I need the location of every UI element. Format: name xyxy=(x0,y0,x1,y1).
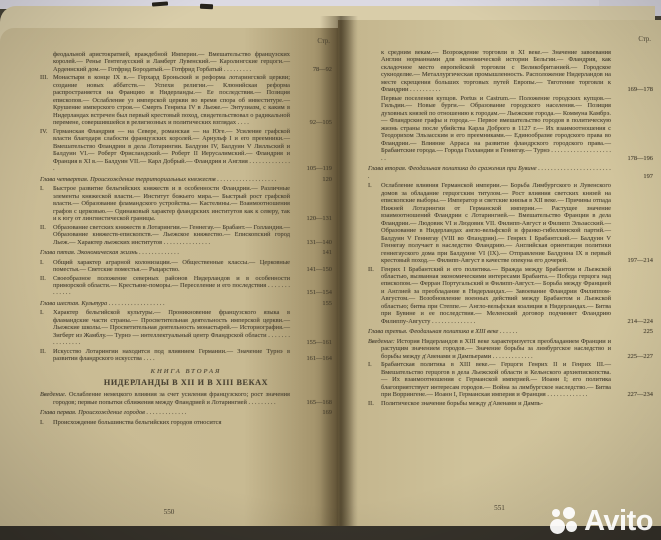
avito-watermark: Avito xyxy=(550,507,653,536)
entry-text: Общий характер аграрной колонизации.— Об… xyxy=(53,259,290,274)
entry-text: Глава вторая. Феодальная политика до сра… xyxy=(368,165,611,180)
toc-entry: Глава четвертая. Происхождение территори… xyxy=(40,176,332,183)
toc-entry: I.Ослабление влияния Германской империи.… xyxy=(368,182,653,264)
book-left-page: Стр. феодальной аристократией, враждебно… xyxy=(0,28,338,528)
entry-number: I. xyxy=(368,182,381,264)
toc-entry: II.Своеобразное положение северных район… xyxy=(40,275,332,297)
toc-entry: IV.Германская Фландрия — на Севере, рома… xyxy=(40,128,332,173)
entry-text: Глава шестая. Культура . . . . . . . . .… xyxy=(40,300,290,307)
entry-number xyxy=(40,51,53,73)
page-edge-mark xyxy=(200,4,213,10)
entry-number: II. xyxy=(368,266,381,326)
entry-number: II. xyxy=(40,275,53,297)
left-page-number: 550 xyxy=(0,508,338,516)
entry-pages: 197—214 xyxy=(611,257,653,264)
entry-text: Глава третья. Феодальная политика в XIII… xyxy=(368,328,611,335)
toc-heading: НИДЕРЛАНДЫ В XII И В XIII ВЕКАХ xyxy=(40,378,332,388)
book-gutter-shadow xyxy=(320,16,358,532)
toc-entry: Введение. Ослабление немецкого влияния з… xyxy=(40,391,332,406)
entry-pages: 178—196 xyxy=(611,155,653,162)
entry-number: I. xyxy=(40,309,53,346)
entry-pages: 225—227 xyxy=(611,353,653,360)
entry-number xyxy=(368,95,381,162)
toc-entry: Первые поселения купцов. Portus и Castru… xyxy=(368,95,653,162)
toc-entry: Глава пятая. Экономическая жизнь . . . .… xyxy=(40,249,332,256)
entry-text: Своеобразное положение северных районов … xyxy=(53,275,290,297)
entry-number: I. xyxy=(40,259,53,274)
entry-text: Образование светских княжеств в Лотаринг… xyxy=(53,224,290,246)
entry-text: Характер бельгийской культуры.— Проникно… xyxy=(53,309,290,346)
right-page-content: Стр. к средним векам.— Возрождение торго… xyxy=(368,36,653,498)
entry-number: II. xyxy=(368,400,381,407)
toc-entry: I.Быстрое развитие бельгийских княжеств … xyxy=(40,185,332,222)
entry-text: Политическое значение борьбы между д'Аве… xyxy=(381,400,611,407)
entry-text: Происхождение большинства бельгийских го… xyxy=(53,419,290,426)
book-right-page: Стр. к средним векам.— Возрождение торго… xyxy=(338,20,661,528)
avito-logo-icon xyxy=(550,507,579,536)
entry-text: феодальной аристократией, враждебной Имп… xyxy=(53,51,290,73)
toc-entry: I.Происхождение большинства бельгийских … xyxy=(40,419,332,426)
toc-entry: II.Политическое значение борьбы между д'… xyxy=(368,400,653,407)
entry-text: Искусство Лотарингии находится под влиян… xyxy=(53,348,290,363)
entry-text: Германская Фландрия — на Севере, романск… xyxy=(53,128,290,173)
entry-text: Введение. Ослабление немецкого влияния з… xyxy=(40,391,290,406)
entry-text: Брабантская политика в XIII веке.— Герцо… xyxy=(381,361,611,398)
toc-entry: Глава третья. Феодальная политика в XIII… xyxy=(368,328,653,335)
toc-entry: Глава шестая. Культура . . . . . . . . .… xyxy=(40,300,332,307)
entry-number: I. xyxy=(40,419,53,426)
entry-number: II. xyxy=(40,224,53,246)
entry-text: Генрих I Брабантский и его политика.— Вр… xyxy=(381,266,611,326)
entry-pages: 197 xyxy=(611,173,653,180)
toc-entry: I.Характер бельгийской культуры.— Проник… xyxy=(40,309,332,346)
entry-pages: 225 xyxy=(611,328,653,335)
entry-intro-label: Введение: xyxy=(368,338,397,345)
toc-entry: Глава первая. Происхождение городов . . … xyxy=(40,409,332,416)
toc-entry: I.Общий характер аграрной колонизации.— … xyxy=(40,259,332,274)
entry-text: Монастыри в конце IX в.— Герхард Броньск… xyxy=(53,74,290,126)
entry-number: III. xyxy=(40,74,53,126)
entry-number: I. xyxy=(368,361,381,398)
book-photo: Стр. феодальной аристократией, враждебно… xyxy=(0,0,661,540)
entry-text: Первые поселения купцов. Portus и Castru… xyxy=(381,95,611,162)
entry-text: к средним векам.— Возрождение торговли в… xyxy=(381,49,611,94)
left-page-entries: феодальной аристократией, враждебной Имп… xyxy=(40,51,332,426)
entry-text: Быстрое развитие бельгийских княжеств и … xyxy=(53,185,290,222)
toc-entry: II.Образование светских княжеств в Лотар… xyxy=(40,224,332,246)
entry-text: Ослабление влияния Германской империи.— … xyxy=(381,182,611,264)
entry-pages: 169—178 xyxy=(611,86,653,93)
left-page-content: Стр. феодальной аристократией, враждебно… xyxy=(40,38,332,502)
toc-entry: Глава вторая. Феодальная политика до сра… xyxy=(368,165,653,180)
watermark-brand-text: Avito xyxy=(584,507,653,536)
page-column-header: Стр. xyxy=(368,36,653,44)
entry-number: II. xyxy=(40,348,53,363)
entry-number: I. xyxy=(40,185,53,222)
entry-intro-label: Введение. xyxy=(40,391,69,398)
entry-pages: 227—234 xyxy=(611,391,653,398)
toc-entry: Введение: История Нидерландов в XIII век… xyxy=(368,338,653,360)
toc-entry: к средним векам.— Возрождение торговли в… xyxy=(368,49,653,94)
page-column-header: Стр. xyxy=(40,38,332,46)
toc-entry: II.Искусство Лотарингии находится под вл… xyxy=(40,348,332,363)
entry-text: Глава первая. Происхождение городов . . … xyxy=(40,409,290,416)
toc-entry: II.Генрих I Брабантский и его политика.—… xyxy=(368,266,653,326)
toc-heading: КНИГА ВТОРАЯ xyxy=(40,368,332,376)
toc-entry: I.Брабантская политика в XIII веке.— Гер… xyxy=(368,361,653,398)
entry-text: Введение: История Нидерландов в XIII век… xyxy=(368,338,611,360)
entry-text: Глава четвертая. Происхождение территори… xyxy=(40,176,290,183)
entry-number: IV. xyxy=(40,128,53,173)
entry-pages: 214—224 xyxy=(611,318,653,325)
entry-number xyxy=(368,49,381,94)
toc-entry: III.Монастыри в конце IX в.— Герхард Бро… xyxy=(40,74,332,126)
entry-text: Глава пятая. Экономическая жизнь . . . .… xyxy=(40,249,290,256)
toc-entry: феодальной аристократией, враждебной Имп… xyxy=(40,51,332,73)
right-page-entries: к средним векам.— Возрождение торговли в… xyxy=(368,49,653,407)
